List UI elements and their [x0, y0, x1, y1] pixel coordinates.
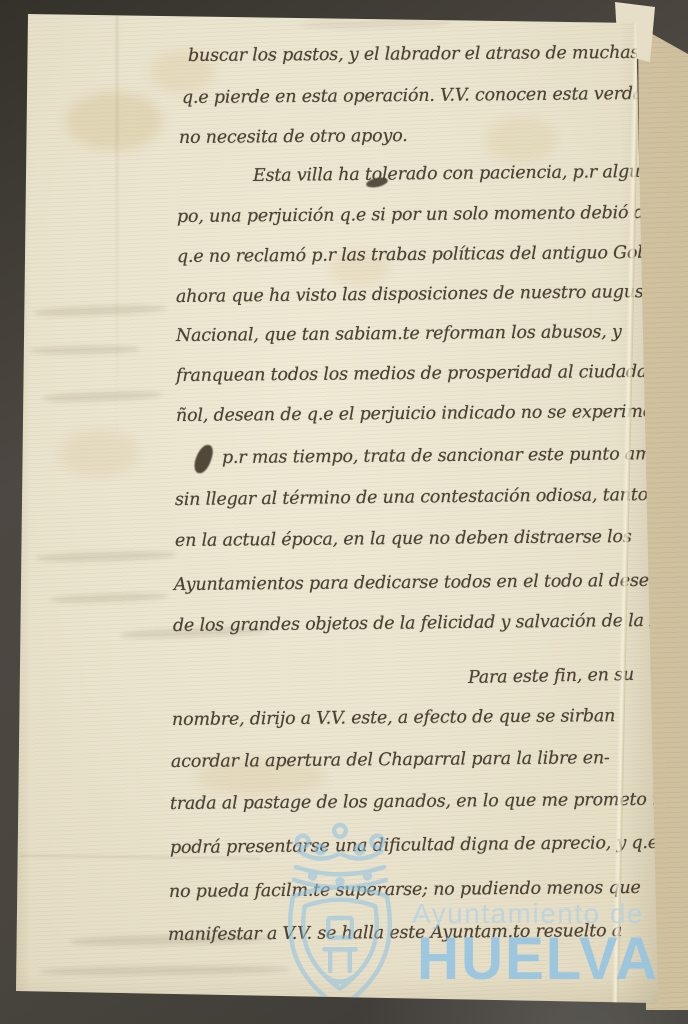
manuscript-page: [0, 0, 688, 1024]
scanned-manuscript-photo: buscar los pastos, y el labrador el atra…: [0, 0, 688, 1024]
